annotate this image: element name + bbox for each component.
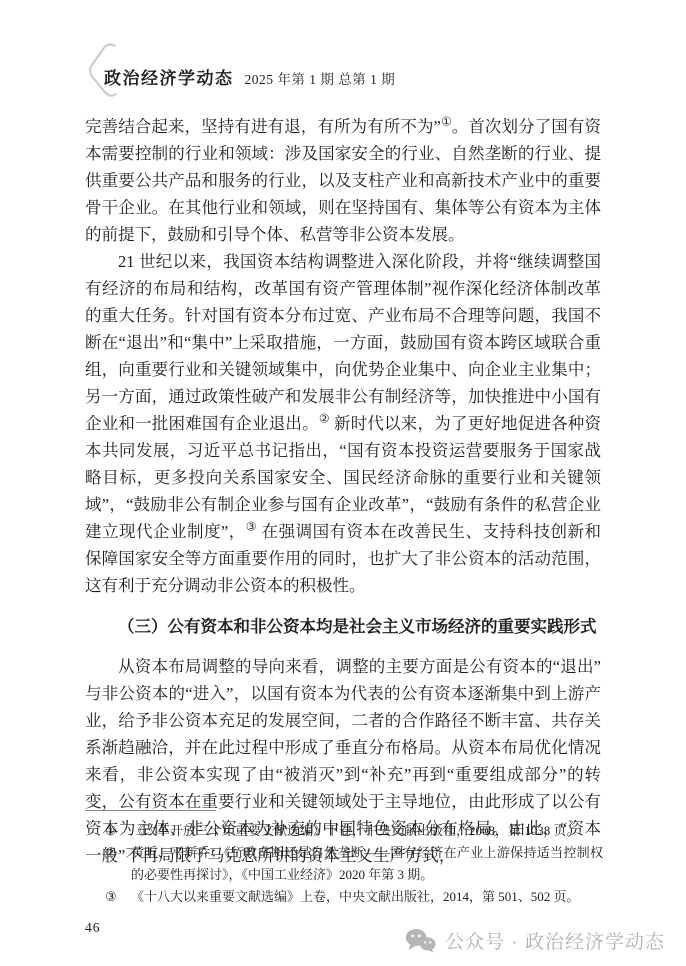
footnote-ref: ① xyxy=(441,115,452,129)
footnote-text: 黄昕、平新乔：《行政垄断还是自然垄断——国有经济在产业上游保持适当控制权的必要性… xyxy=(131,842,603,886)
footnote-ref: ② xyxy=(319,412,330,426)
wechat-label: 公众号 · 政治经济学动态 xyxy=(445,927,665,954)
journal-page: 政治经济学动态 2025 年第 1 期 总第 1 期 完善结合起来，坚持有进有退… xyxy=(0,0,686,966)
footnote-item: ② 黄昕、平新乔：《行政垄断还是自然垄断——国有经济在产业上游保持适当控制权的必… xyxy=(85,842,603,886)
footnote-marker: ① xyxy=(85,820,131,842)
footnote-list: ① 《改革开放三十年重要文献选编》下卷，中央文献出版社，2008，第 1038 … xyxy=(85,820,603,908)
paragraph: 21 世纪以来，我国资本结构调整进入深化阶段，并将“继续调整国有经济的布局和结构… xyxy=(85,248,601,599)
journal-title: 政治经济学动态 xyxy=(104,64,234,89)
journal-header: 政治经济学动态 2025 年第 1 期 总第 1 期 xyxy=(104,64,395,89)
paragraph-continuation: 完善结合起来，坚持有进有退，有所为有所不为”①。首次划分了国有资本需要控制的行业… xyxy=(85,113,601,248)
footnote-ref: ③ xyxy=(246,520,257,534)
section-heading: （三）公有资本和非公资本均是社会主义市场经济的重要实践形式 xyxy=(85,613,601,640)
footnote-marker: ③ xyxy=(85,886,131,908)
footnote-item: ③ 《十八大以来重要文献选编》上卷，中央文献出版社，2014，第 501、502… xyxy=(85,886,603,908)
wechat-icon xyxy=(405,928,436,953)
footnote-item: ① 《改革开放三十年重要文献选编》下卷，中央文献出版社，2008，第 1038 … xyxy=(85,820,603,842)
footnote-marker: ② xyxy=(85,842,131,886)
wechat-watermark: 公众号 · 政治经济学动态 xyxy=(405,927,665,954)
page-number: 46 xyxy=(85,920,101,936)
article-body: 完善结合起来，坚持有进有退，有所为有所不为”①。首次划分了国有资本需要控制的行业… xyxy=(85,113,601,869)
footnote-text: 《改革开放三十年重要文献选编》下卷，中央文献出版社，2008，第 1038 页。 xyxy=(131,820,603,842)
issue-info: 2025 年第 1 期 总第 1 期 xyxy=(245,68,396,88)
footnote-divider xyxy=(85,810,216,811)
footnote-text: 《十八大以来重要文献选编》上卷，中央文献出版社，2014，第 501、502 页… xyxy=(131,886,603,908)
